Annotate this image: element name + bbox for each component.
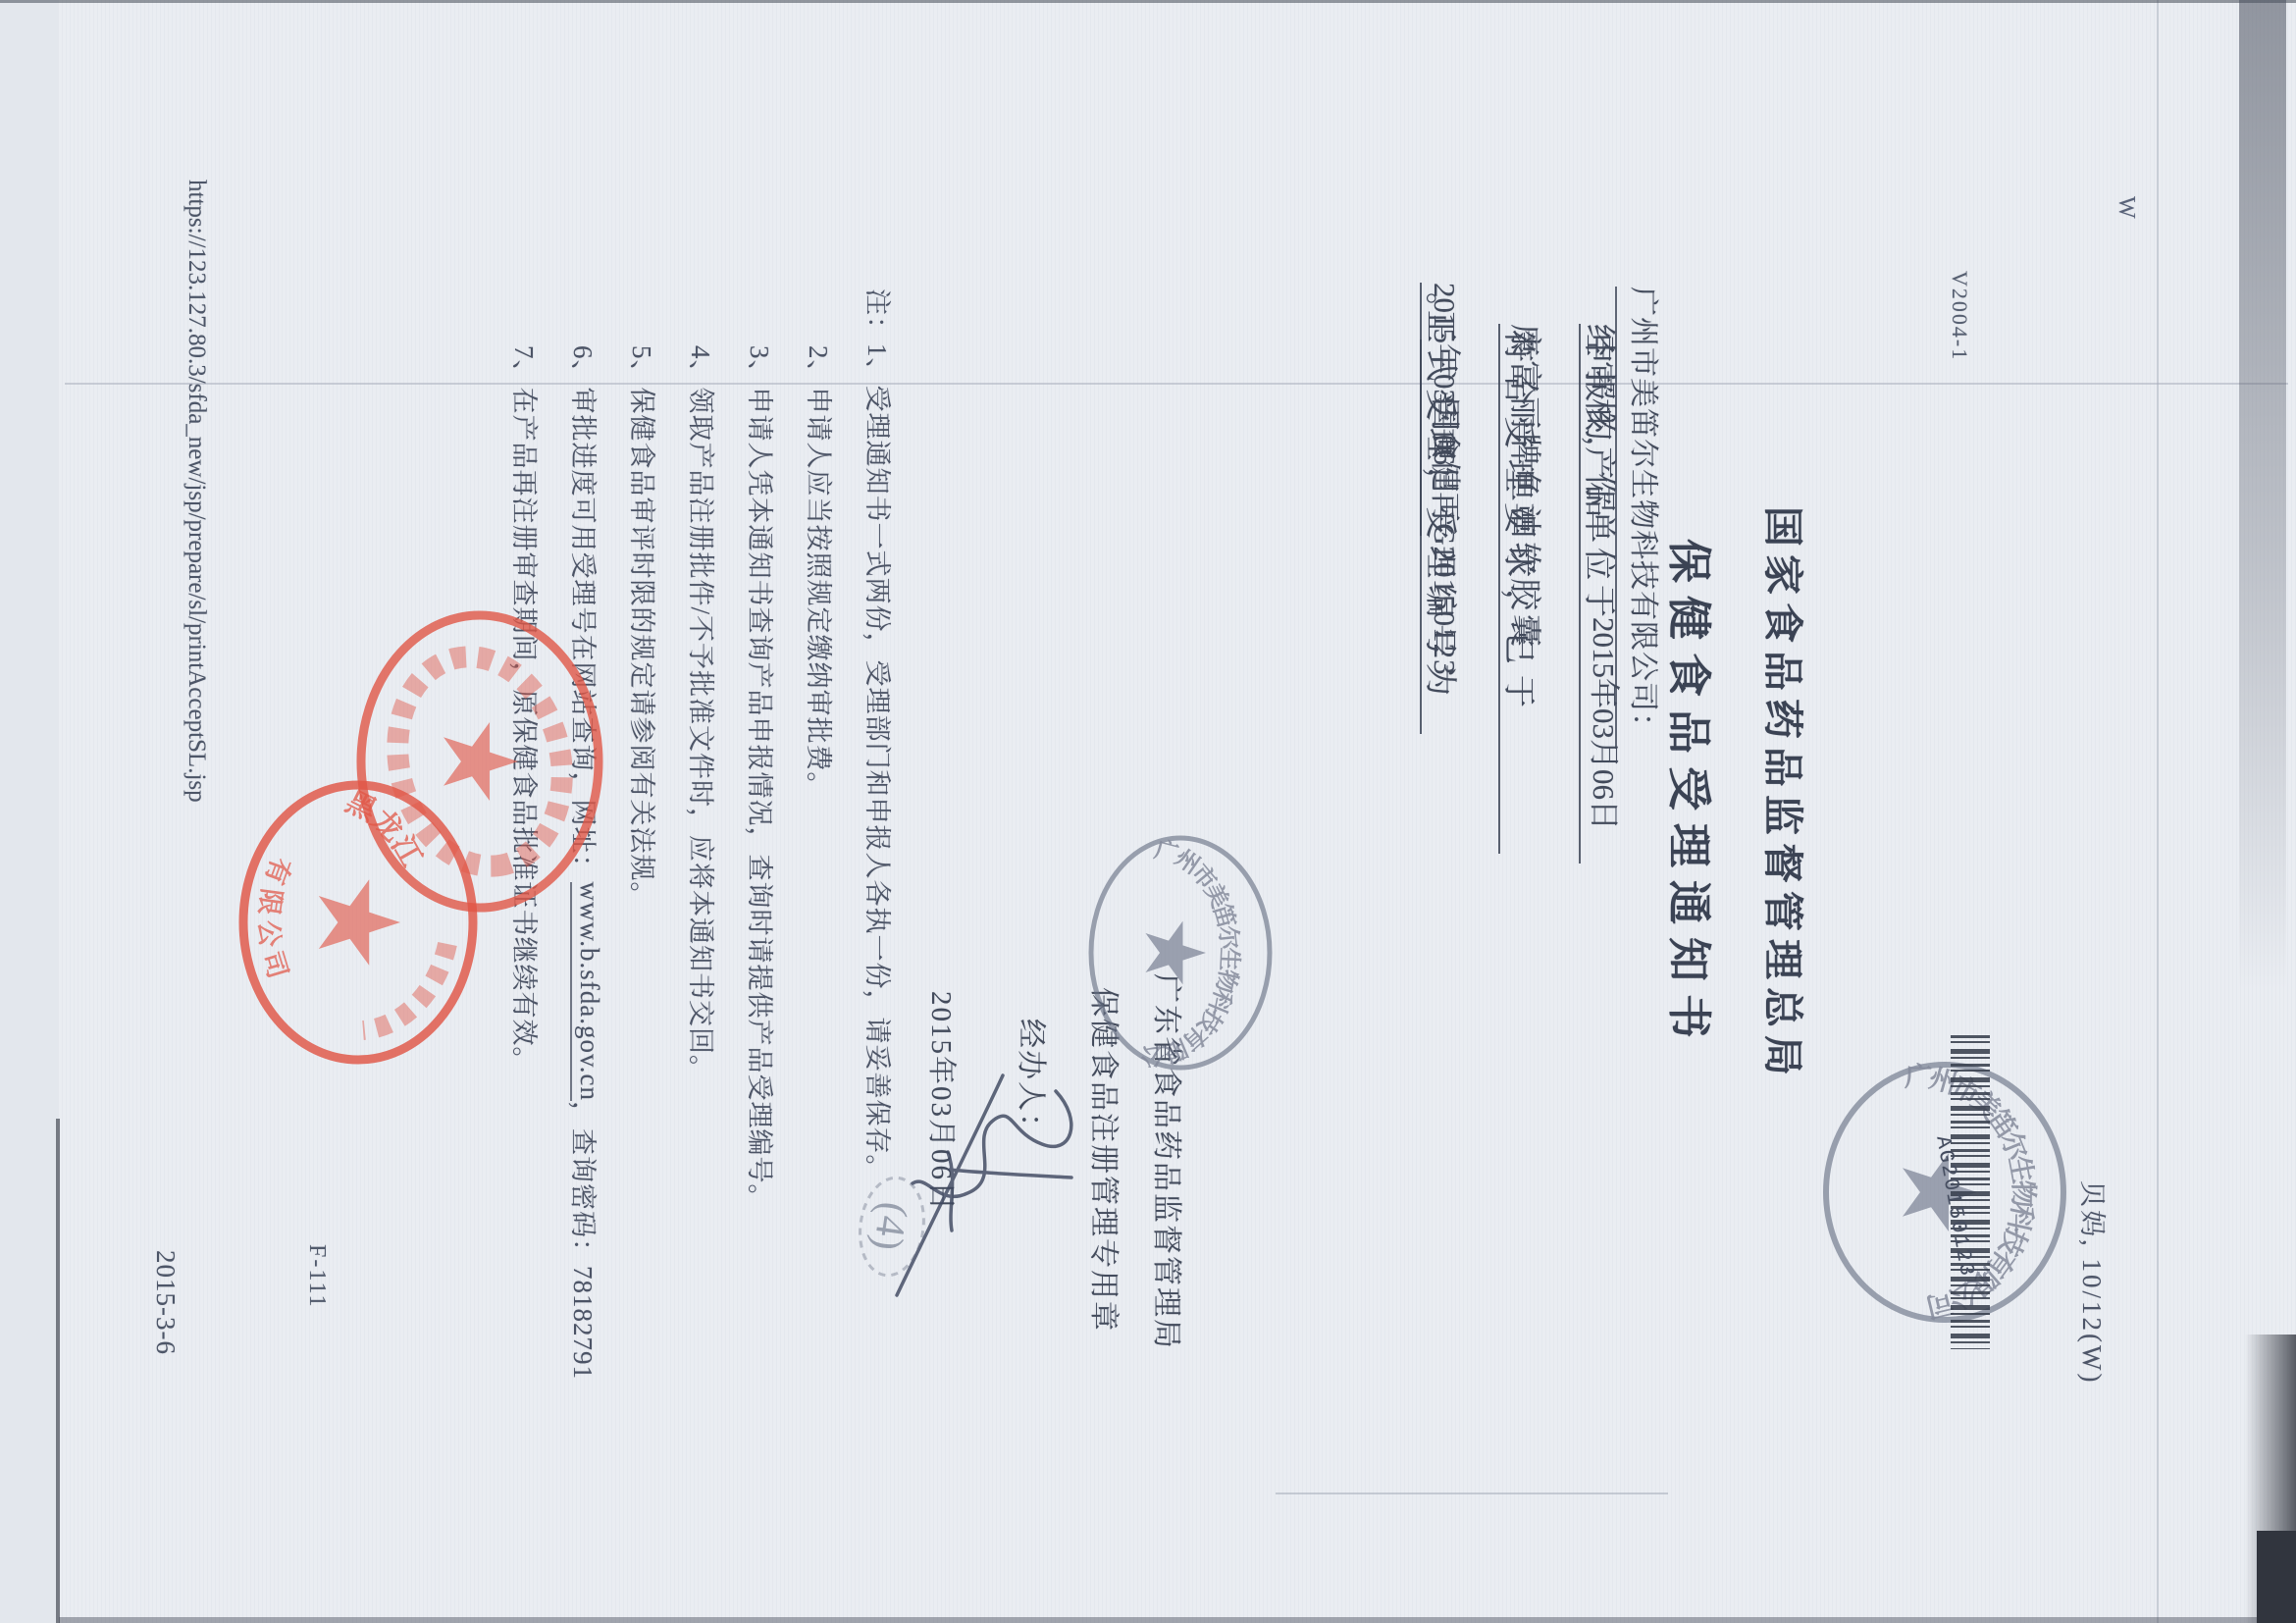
print-date: 2015-3-6 xyxy=(150,1250,181,1355)
document-title-main: 保健食品受理通知书 xyxy=(1661,0,1725,1590)
note-row-4: 4、领取产品注册批件/不予批准文件时，应将本通知书交回。 xyxy=(663,288,722,1380)
note-row-2: 2、申请人应当按照规定缴纳审批费。 xyxy=(781,288,840,1380)
scan-edge-line-vertical xyxy=(1276,1492,1668,1494)
body-line2-text: 符合受理要求，已于 xyxy=(1498,330,1544,718)
note-item-5: 5、保健食品审评时限的规定请参阅有关法规。 xyxy=(625,345,663,910)
notes-label: 注： xyxy=(861,288,899,343)
print-source-url: https://123.127.80.3/sfda_new/jsp/prepar… xyxy=(183,180,210,803)
document-title-agency: 国家食品药品监督管理总局 xyxy=(1757,0,1815,1590)
corner-mark: W xyxy=(2113,196,2139,219)
note-item-3: 3、申请人凭本通知书查询产品申报情况，查询时请提供产品受理编号。 xyxy=(743,345,781,1212)
scan-fold-line-horizontal xyxy=(2157,0,2159,1623)
scanned-document-canvas: W 贝妈, 10/12(W) V2004-1 国家食品药品监督管理总局 保健食品… xyxy=(0,0,2296,1623)
note-item-1: 1、受理通知书一式两份，受理部门和申报人各执一份，请妥善保存。 xyxy=(861,343,899,1182)
scan-left-edge-line xyxy=(56,1119,60,1623)
red-seal-lower: 黑龙江 有限公司 xyxy=(235,777,481,1068)
form-version-code: V2004-1 xyxy=(1947,271,1972,361)
note-item-4: 4、领取产品注册批件/不予批准文件时，应将本通知书交回。 xyxy=(684,345,722,1082)
note-row-5: 5、保健食品审评时限的规定请参阅有关法规。 xyxy=(604,288,663,1380)
notes-section: 注： 1、受理通知书一式两份，受理部门和申报人各执一份，请妥善保存。 2、申请人… xyxy=(487,288,899,1380)
scan-bottom-edge xyxy=(59,1617,2296,1623)
body-line3-period: 。 xyxy=(1420,292,1466,325)
authority-seal-title: 保健食品注册管理专用章 xyxy=(1085,987,1128,1333)
note-item-6-prefix: 6、审批进度可用受理号在网站查询，网址： xyxy=(566,345,604,882)
form-number: F-111 xyxy=(303,1244,330,1309)
scan-top-edge xyxy=(0,0,2296,3)
note-row-6: 6、审批进度可用受理号在网站查询，网址： www.b.sfda.gov.cn ，… xyxy=(546,288,604,1380)
note-row-7: 7、在产品再注册审查期间，原保健食品批准证书继续有效。 xyxy=(487,288,546,1380)
svg-text:有限公司: 有限公司 xyxy=(253,854,296,982)
red-seal-bottom-text: 有限公司 xyxy=(253,854,296,982)
accept-number-field: 国食健再G20150123 xyxy=(1420,340,1470,734)
signature-date: 2015年03月06日 xyxy=(923,991,964,1212)
note-item-7: 7、在产品再注册审查期间，原保健食品批准证书继续有效。 xyxy=(507,345,546,1074)
body-line1-suffix: 申报的产品 xyxy=(1579,332,1625,523)
note-item-6-suffix: ，查询密码：78182791 xyxy=(566,1101,604,1380)
svg-text:黑龙江: 黑龙江 xyxy=(340,786,428,872)
scan-corner-black xyxy=(2257,1531,2296,1623)
note-row-1: 注： 1、受理通知书一式两份，受理部门和申报人各执一份，请妥善保存。 xyxy=(840,288,899,1380)
red-seal-top-text: 黑龙江 xyxy=(340,786,428,872)
illegible-seal-text-marks xyxy=(363,944,447,1030)
note-item-6-url: www.b.sfda.gov.cn xyxy=(570,882,604,1101)
fax-page-note: 贝妈, 10/12(W) xyxy=(2075,1180,2113,1385)
note-row-3: 3、申请人凭本通知书查询产品申报情况，查询时请提供产品受理编号。 xyxy=(722,288,781,1380)
scan-right-shadow-band xyxy=(2239,0,2286,991)
scan-fold-line-vertical xyxy=(65,383,2288,385)
document-page: W 贝妈, 10/12(W) V2004-1 国家食品药品监督管理总局 保健食品… xyxy=(0,0,2296,1623)
note-item-2: 2、申请人应当按照规定缴纳审批费。 xyxy=(802,345,840,800)
star-icon xyxy=(319,879,400,965)
scan-left-margin xyxy=(0,0,59,1623)
authority-name: 广东省食品药品监督管理局 xyxy=(1148,973,1191,1350)
handwritten-signature xyxy=(883,1060,1097,1317)
handler-label: 经办人： xyxy=(1013,1019,1056,1144)
